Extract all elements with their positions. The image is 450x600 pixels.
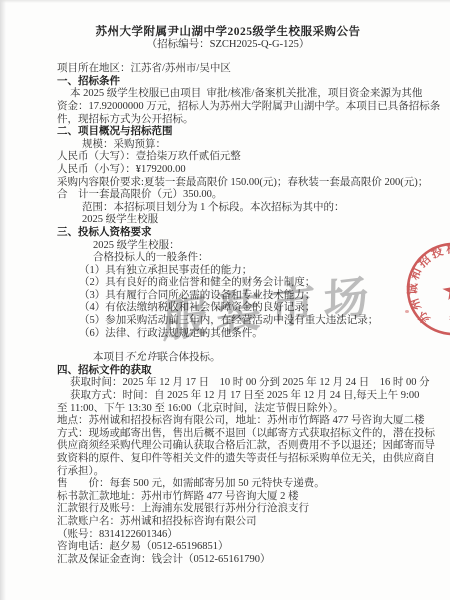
section-heading-4: 四、招标文件的获取 xyxy=(57,365,399,378)
doc-line: 件，现招标方式为公开招标。 xyxy=(57,114,399,127)
spacer xyxy=(57,51,399,63)
doc-line: 2025 级学生校服 xyxy=(57,214,399,227)
doc-line: 规模：采购预算： xyxy=(57,139,399,152)
doc-line: 2025 级学生校服： xyxy=(57,240,399,253)
no-joint-emphasis: 不允许 xyxy=(125,352,158,363)
doc-line: 汇款及保证金查询：钱会计（0512-65161790） xyxy=(57,554,399,567)
doc-line: 至 11:00、下午 13:30 至 16:00（北京时间，法定节假日除外）。 xyxy=(57,403,399,416)
doc-line: 致资料的原件、复印件等相关文件的遗失等责任与招标采购单位无关，由供应商自 xyxy=(57,453,399,466)
condition-item: （6）法律、行政法规规定的其他条件。 xyxy=(57,328,399,341)
seal-star-icon: ★ xyxy=(439,273,450,307)
doc-line: 人民币（小写）：¥179200.00 xyxy=(57,164,399,177)
section-heading-3: 三、投标人资格要求 xyxy=(57,227,399,240)
doc-line: 行承担）。 xyxy=(57,466,399,479)
no-joint-post: 联合体投标。 xyxy=(158,352,221,363)
section-heading-2: 二、项目概况与招标范围 xyxy=(57,126,399,139)
doc-line: 合 计一套最高限价（元）350.00。 xyxy=(57,189,399,202)
doc-line: 人民币（大写）：壹拾柒万玖仟贰佰元整 xyxy=(57,151,399,164)
scan-edge-top xyxy=(0,0,450,3)
doc-line: 汇款账户名：苏州诚和招投标咨询有限公司 xyxy=(57,516,399,529)
condition-item: （2）具有良好的商业信誉和健全的财务会计制度； xyxy=(57,277,399,290)
scan-edge-left xyxy=(0,0,6,600)
page-title: 苏州大学附属尹山湖中学2025级学生校服采购公告 xyxy=(57,26,399,39)
condition-item: （4）有依法缴纳税收和社会保障资金的良好记录； xyxy=(57,302,399,315)
announcement-body: 苏州大学附属尹山湖中学2025级学生校服采购公告 （招标编号：SZCH2025-… xyxy=(57,26,399,566)
doc-line: 范围：本招标项目划分为 1 个标段。本次招标为其中的： xyxy=(57,202,399,215)
seal-ink-speck xyxy=(405,310,409,313)
doc-line: 方式：现场或邮寄出售，售出后概不退回（以邮寄方式获取招标文件的，潜在投标 xyxy=(57,428,399,441)
doc-line: （账号：8314122601346） xyxy=(57,529,399,542)
doc-line: 汇款银行及账号：上海浦东发展银行苏州分行沧浪支行 xyxy=(57,503,399,516)
no-joint-bid-line: 本项目不允许联合体投标。 xyxy=(57,352,399,365)
doc-line: 获取时间：2025 年 12 月 17 日 10 时 00 分到 2025 年 … xyxy=(57,377,399,390)
doc-line: 供应商须经采购代理公司确认获取合格后汇款，否则费用不予以退还；因邮寄而导 xyxy=(57,440,399,453)
doc-line: 获取方式：时间：自 2025 年 12 月 17 日至 2025 年 12 月 … xyxy=(57,390,399,403)
condition-item: （1）具有独立承担民事责任的能力； xyxy=(57,265,399,278)
section-heading-1: 一、招标条件 xyxy=(57,76,399,89)
doc-line: 地点：苏州诚和招投标咨询有限公司，地址：苏州市竹辉路 477 号咨询大厦二楼 xyxy=(57,415,399,428)
document-page: 苏州大学附属尹山湖中学2025级学生校服采购公告 （招标编号：SZCH2025-… xyxy=(0,0,450,600)
spacer xyxy=(57,340,399,352)
doc-line: 咨询电话：赵夕易（0512-65196851） xyxy=(57,541,399,554)
doc-line: 资金：17.92000000 万元，招标人为苏州大学附属尹山湖中学。本项目已具备… xyxy=(57,101,399,114)
no-joint-pre: 本项目 xyxy=(93,352,125,363)
doc-line: 采购内容限价要求:夏装一套最高限价 150.00(元)；春秋装一套最高限价 20… xyxy=(57,177,399,190)
doc-line: 项目所在地区：江苏省/苏州市/吴中区 xyxy=(57,63,399,76)
doc-line: 售 价：每套 500 元，如需邮寄另加 50 元特快专递费。 xyxy=(57,478,399,491)
doc-line: 标书款汇款地址：苏州市竹辉路 477 号咨询大厦 2 楼 xyxy=(57,491,399,504)
condition-item: （3）具有履行合同所必需的设备和专业技术能力； xyxy=(57,290,399,303)
bid-number: （招标编号：SZCH2025-Q-G-125） xyxy=(57,39,399,52)
doc-line: 合格投标人的一般条件： xyxy=(57,252,399,265)
doc-line: 本 2025 级学生校服已由项目 审批/核准/备案机关批准，项目资金来源为其他 xyxy=(57,88,399,101)
condition-item: （5）参加采购活动前三年内，在经营活动中没有重大违法记录； xyxy=(57,315,399,328)
